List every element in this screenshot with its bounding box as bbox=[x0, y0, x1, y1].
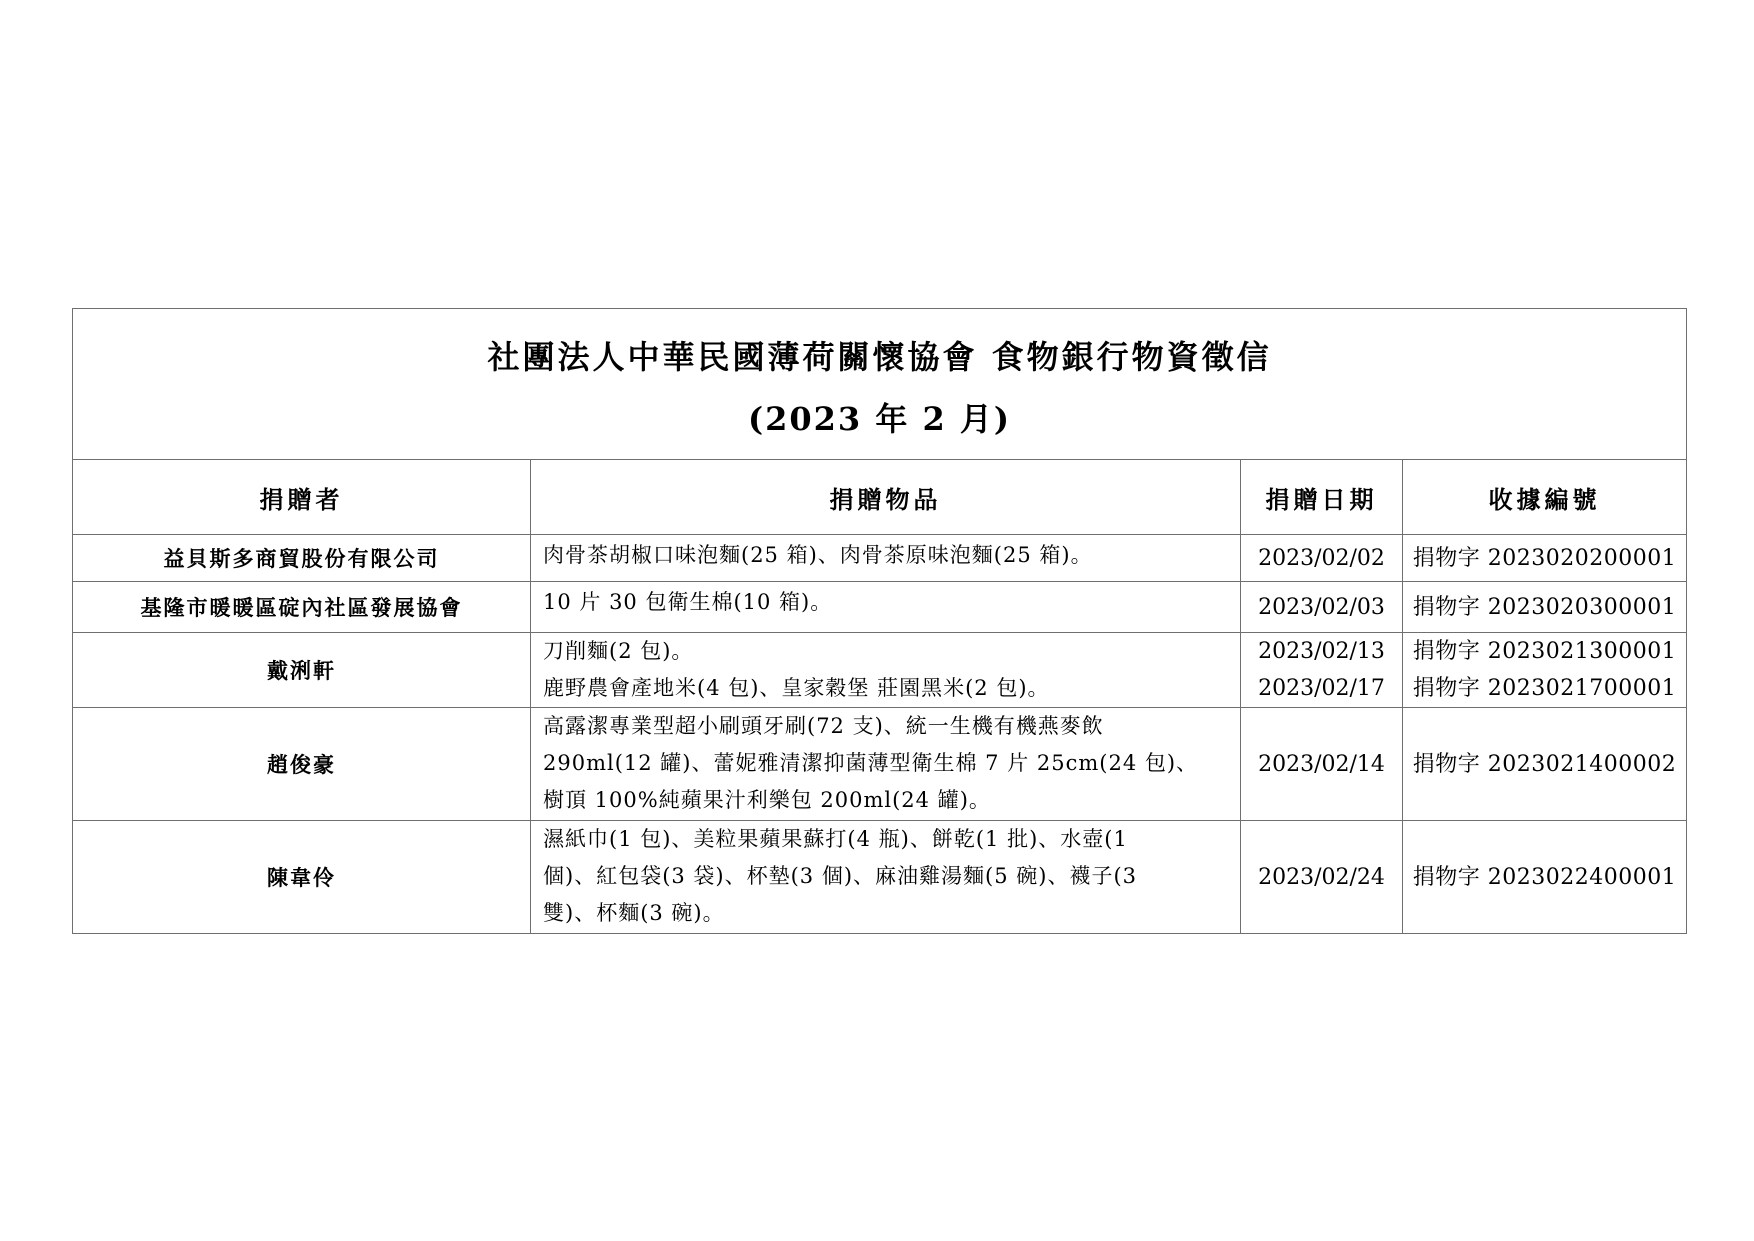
receipt-cell: 捐物字 2023021400002 bbox=[1403, 708, 1687, 821]
receipt-value: 捐物字 2023020300001 bbox=[1403, 589, 1686, 626]
receipt-value: 捐物字 2023021300001 bbox=[1403, 633, 1686, 670]
receipt-cell: 捐物字 2023020200001 bbox=[1403, 535, 1687, 582]
document-subtitle: (2023 年 2 月) bbox=[73, 399, 1686, 439]
items-cell: 刀削麵(2 包)。 鹿野農會產地米(4 包)、皇家穀堡 莊園黑米(2 包)。 bbox=[531, 633, 1241, 708]
table-row: 基隆市暖暖區碇內社區發展協會 10 片 30 包衛生棉(10 箱)。 2023/… bbox=[73, 582, 1687, 633]
receipt-value: 捐物字 2023021400002 bbox=[1403, 746, 1686, 783]
donor-cell: 陳韋伶 bbox=[73, 821, 531, 934]
date-cell: 2023/02/24 bbox=[1241, 821, 1403, 934]
date-cell: 2023/02/02 bbox=[1241, 535, 1403, 582]
donor-cell: 戴浰軒 bbox=[73, 633, 531, 708]
donor-cell: 趙俊豪 bbox=[73, 708, 531, 821]
items-line: 290ml(12 罐)、蕾妮雅清潔抑菌薄型衛生棉 7 片 25cm(24 包)、 bbox=[543, 745, 1232, 782]
date-cell: 2023/02/13 2023/02/17 bbox=[1241, 633, 1403, 708]
items-line: 10 片 30 包衛生棉(10 箱)。 bbox=[543, 584, 1232, 621]
date-cell: 2023/02/14 bbox=[1241, 708, 1403, 821]
items-cell: 濕紙巾(1 包)、美粒果蘋果蘇打(4 瓶)、餅乾(1 批)、水壺(1 個)、紅包… bbox=[531, 821, 1241, 934]
title-row: 社團法人中華民國薄荷關懷協會 食物銀行物資徵信 (2023 年 2 月) bbox=[73, 309, 1687, 460]
header-receipt: 收據編號 bbox=[1403, 460, 1687, 535]
receipt-value: 捐物字 2023020200001 bbox=[1403, 540, 1686, 577]
date-value: 2023/02/13 bbox=[1241, 633, 1402, 670]
receipt-cell: 捐物字 2023022400001 bbox=[1403, 821, 1687, 934]
donation-table: 社團法人中華民國薄荷關懷協會 食物銀行物資徵信 (2023 年 2 月) 捐贈者… bbox=[72, 308, 1687, 934]
donor-cell: 益貝斯多商貿股份有限公司 bbox=[73, 535, 531, 582]
table-row: 戴浰軒 刀削麵(2 包)。 鹿野農會產地米(4 包)、皇家穀堡 莊園黑米(2 包… bbox=[73, 633, 1687, 708]
items-line: 高露潔專業型超小刷頭牙刷(72 支)、統一生機有機燕麥飲 bbox=[543, 708, 1232, 745]
items-line: 雙)、杯麵(3 碗)。 bbox=[543, 895, 1232, 932]
date-value: 2023/02/02 bbox=[1241, 540, 1402, 577]
items-line: 刀削麵(2 包)。 bbox=[543, 633, 1232, 670]
date-value: 2023/02/14 bbox=[1241, 746, 1402, 783]
receipt-value: 捐物字 2023022400001 bbox=[1403, 859, 1686, 896]
items-line: 濕紙巾(1 包)、美粒果蘋果蘇打(4 瓶)、餅乾(1 批)、水壺(1 bbox=[543, 821, 1232, 858]
table-row: 陳韋伶 濕紙巾(1 包)、美粒果蘋果蘇打(4 瓶)、餅乾(1 批)、水壺(1 個… bbox=[73, 821, 1687, 934]
header-row: 捐贈者 捐贈物品 捐贈日期 收據編號 bbox=[73, 460, 1687, 535]
items-cell: 10 片 30 包衛生棉(10 箱)。 bbox=[531, 582, 1241, 633]
date-value: 2023/02/24 bbox=[1241, 859, 1402, 896]
header-date: 捐贈日期 bbox=[1241, 460, 1403, 535]
receipt-cell: 捐物字 2023021300001 捐物字 2023021700001 bbox=[1403, 633, 1687, 708]
items-cell: 高露潔專業型超小刷頭牙刷(72 支)、統一生機有機燕麥飲 290ml(12 罐)… bbox=[531, 708, 1241, 821]
date-value: 2023/02/17 bbox=[1241, 670, 1402, 707]
items-line: 個)、紅包袋(3 袋)、杯墊(3 個)、麻油雞湯麵(5 碗)、襪子(3 bbox=[543, 858, 1232, 895]
title-cell: 社團法人中華民國薄荷關懷協會 食物銀行物資徵信 (2023 年 2 月) bbox=[73, 309, 1687, 460]
date-value: 2023/02/03 bbox=[1241, 589, 1402, 626]
items-line: 鹿野農會產地米(4 包)、皇家穀堡 莊園黑米(2 包)。 bbox=[543, 670, 1232, 707]
date-cell: 2023/02/03 bbox=[1241, 582, 1403, 633]
header-items: 捐贈物品 bbox=[531, 460, 1241, 535]
receipt-cell: 捐物字 2023020300001 bbox=[1403, 582, 1687, 633]
document-title: 社團法人中華民國薄荷關懷協會 食物銀行物資徵信 bbox=[73, 337, 1686, 377]
items-line: 樹頂 100%純蘋果汁利樂包 200ml(24 罐)。 bbox=[543, 782, 1232, 819]
donor-cell: 基隆市暖暖區碇內社區發展協會 bbox=[73, 582, 531, 633]
header-donor: 捐贈者 bbox=[73, 460, 531, 535]
items-line: 肉骨茶胡椒口味泡麵(25 箱)、肉骨茶原味泡麵(25 箱)。 bbox=[543, 537, 1232, 574]
table-row: 益貝斯多商貿股份有限公司 肉骨茶胡椒口味泡麵(25 箱)、肉骨茶原味泡麵(25 … bbox=[73, 535, 1687, 582]
receipt-value: 捐物字 2023021700001 bbox=[1403, 670, 1686, 707]
table-row: 趙俊豪 高露潔專業型超小刷頭牙刷(72 支)、統一生機有機燕麥飲 290ml(1… bbox=[73, 708, 1687, 821]
items-cell: 肉骨茶胡椒口味泡麵(25 箱)、肉骨茶原味泡麵(25 箱)。 bbox=[531, 535, 1241, 582]
